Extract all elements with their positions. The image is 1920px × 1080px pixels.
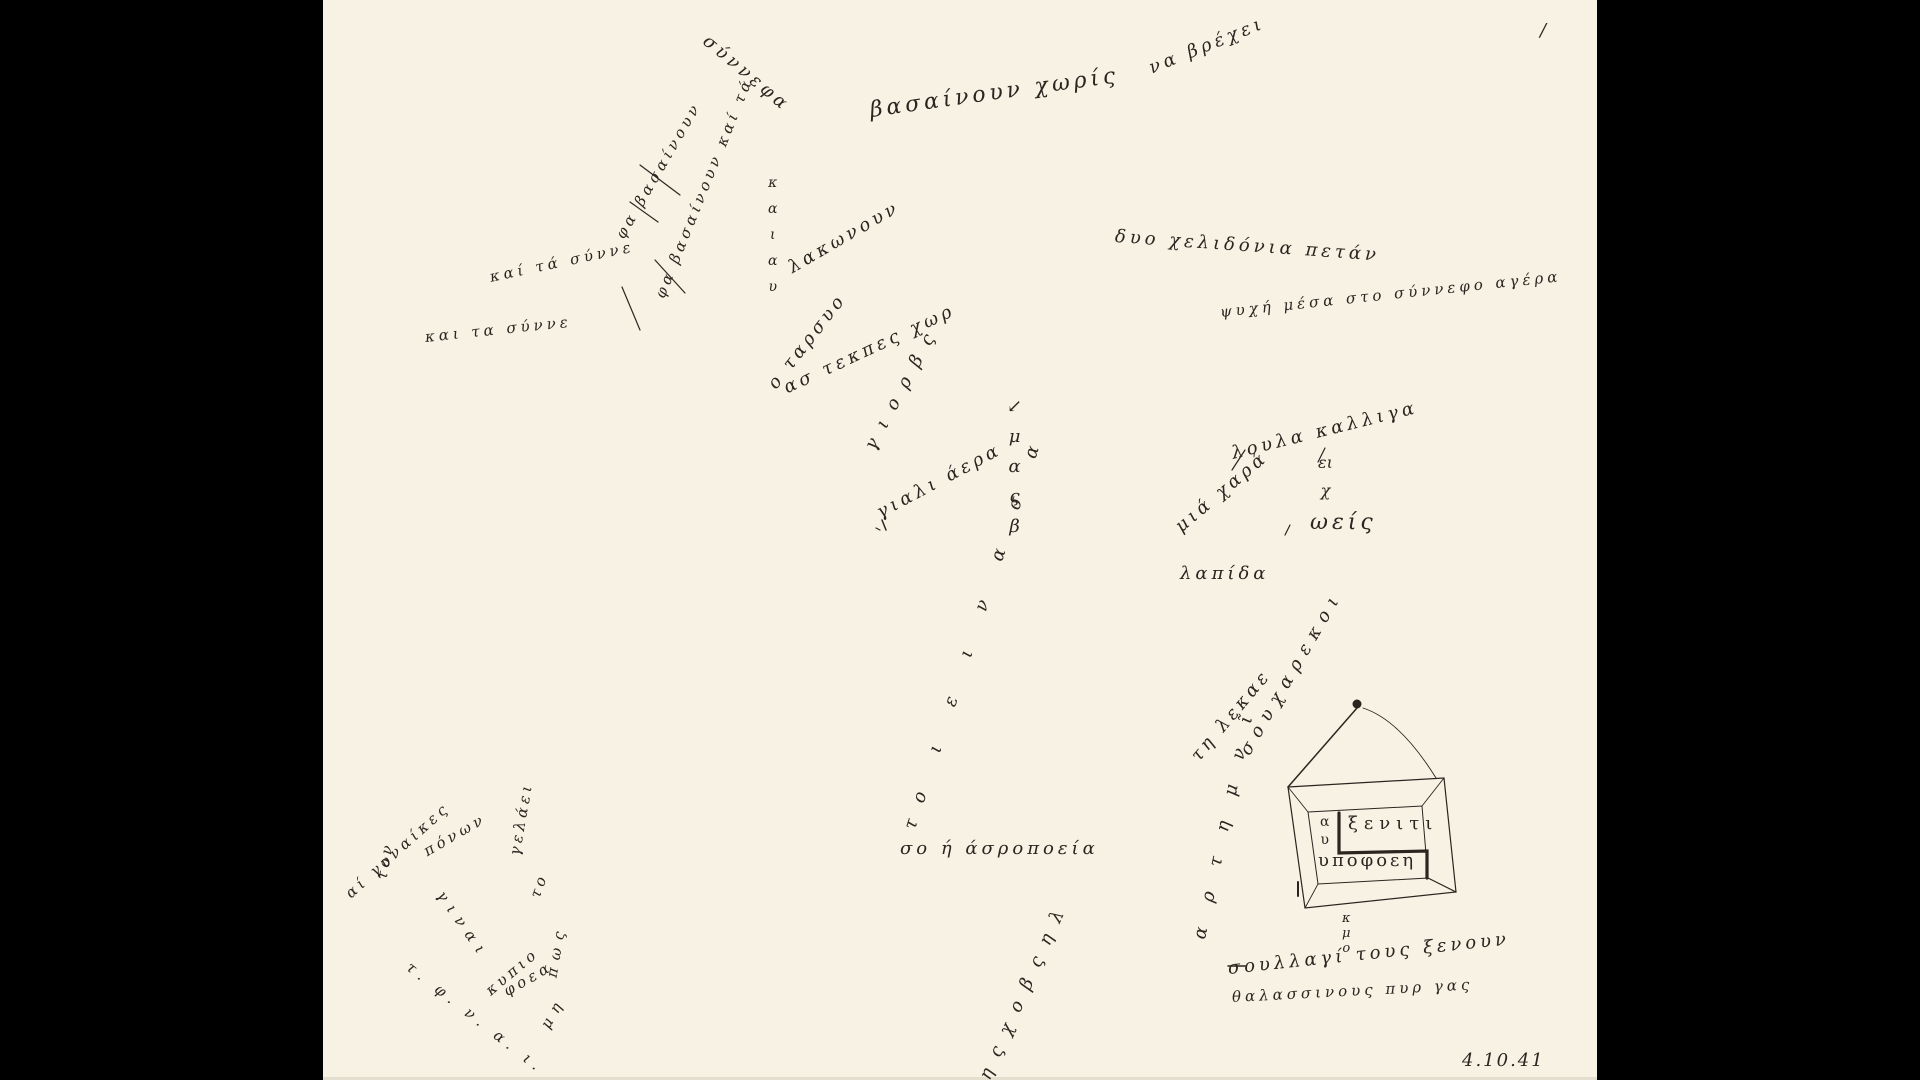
manuscript-paper bbox=[323, 0, 1597, 1080]
text-so-asproteia: σο ή άσροποεία bbox=[900, 840, 1099, 858]
text-column-kai: καιαυ bbox=[768, 176, 777, 306]
corner-mark: / bbox=[1540, 22, 1550, 40]
date-label: 4.10.41 bbox=[1462, 1052, 1545, 1070]
text-elpida: λαπίδα bbox=[1180, 565, 1269, 583]
text-loop-right: ειχ bbox=[1318, 455, 1333, 511]
text-chorís: ωείς bbox=[1310, 512, 1377, 534]
text-house-top: ξενιτι bbox=[1348, 815, 1438, 833]
text-house-bottom: υποφοεη bbox=[1318, 852, 1416, 870]
